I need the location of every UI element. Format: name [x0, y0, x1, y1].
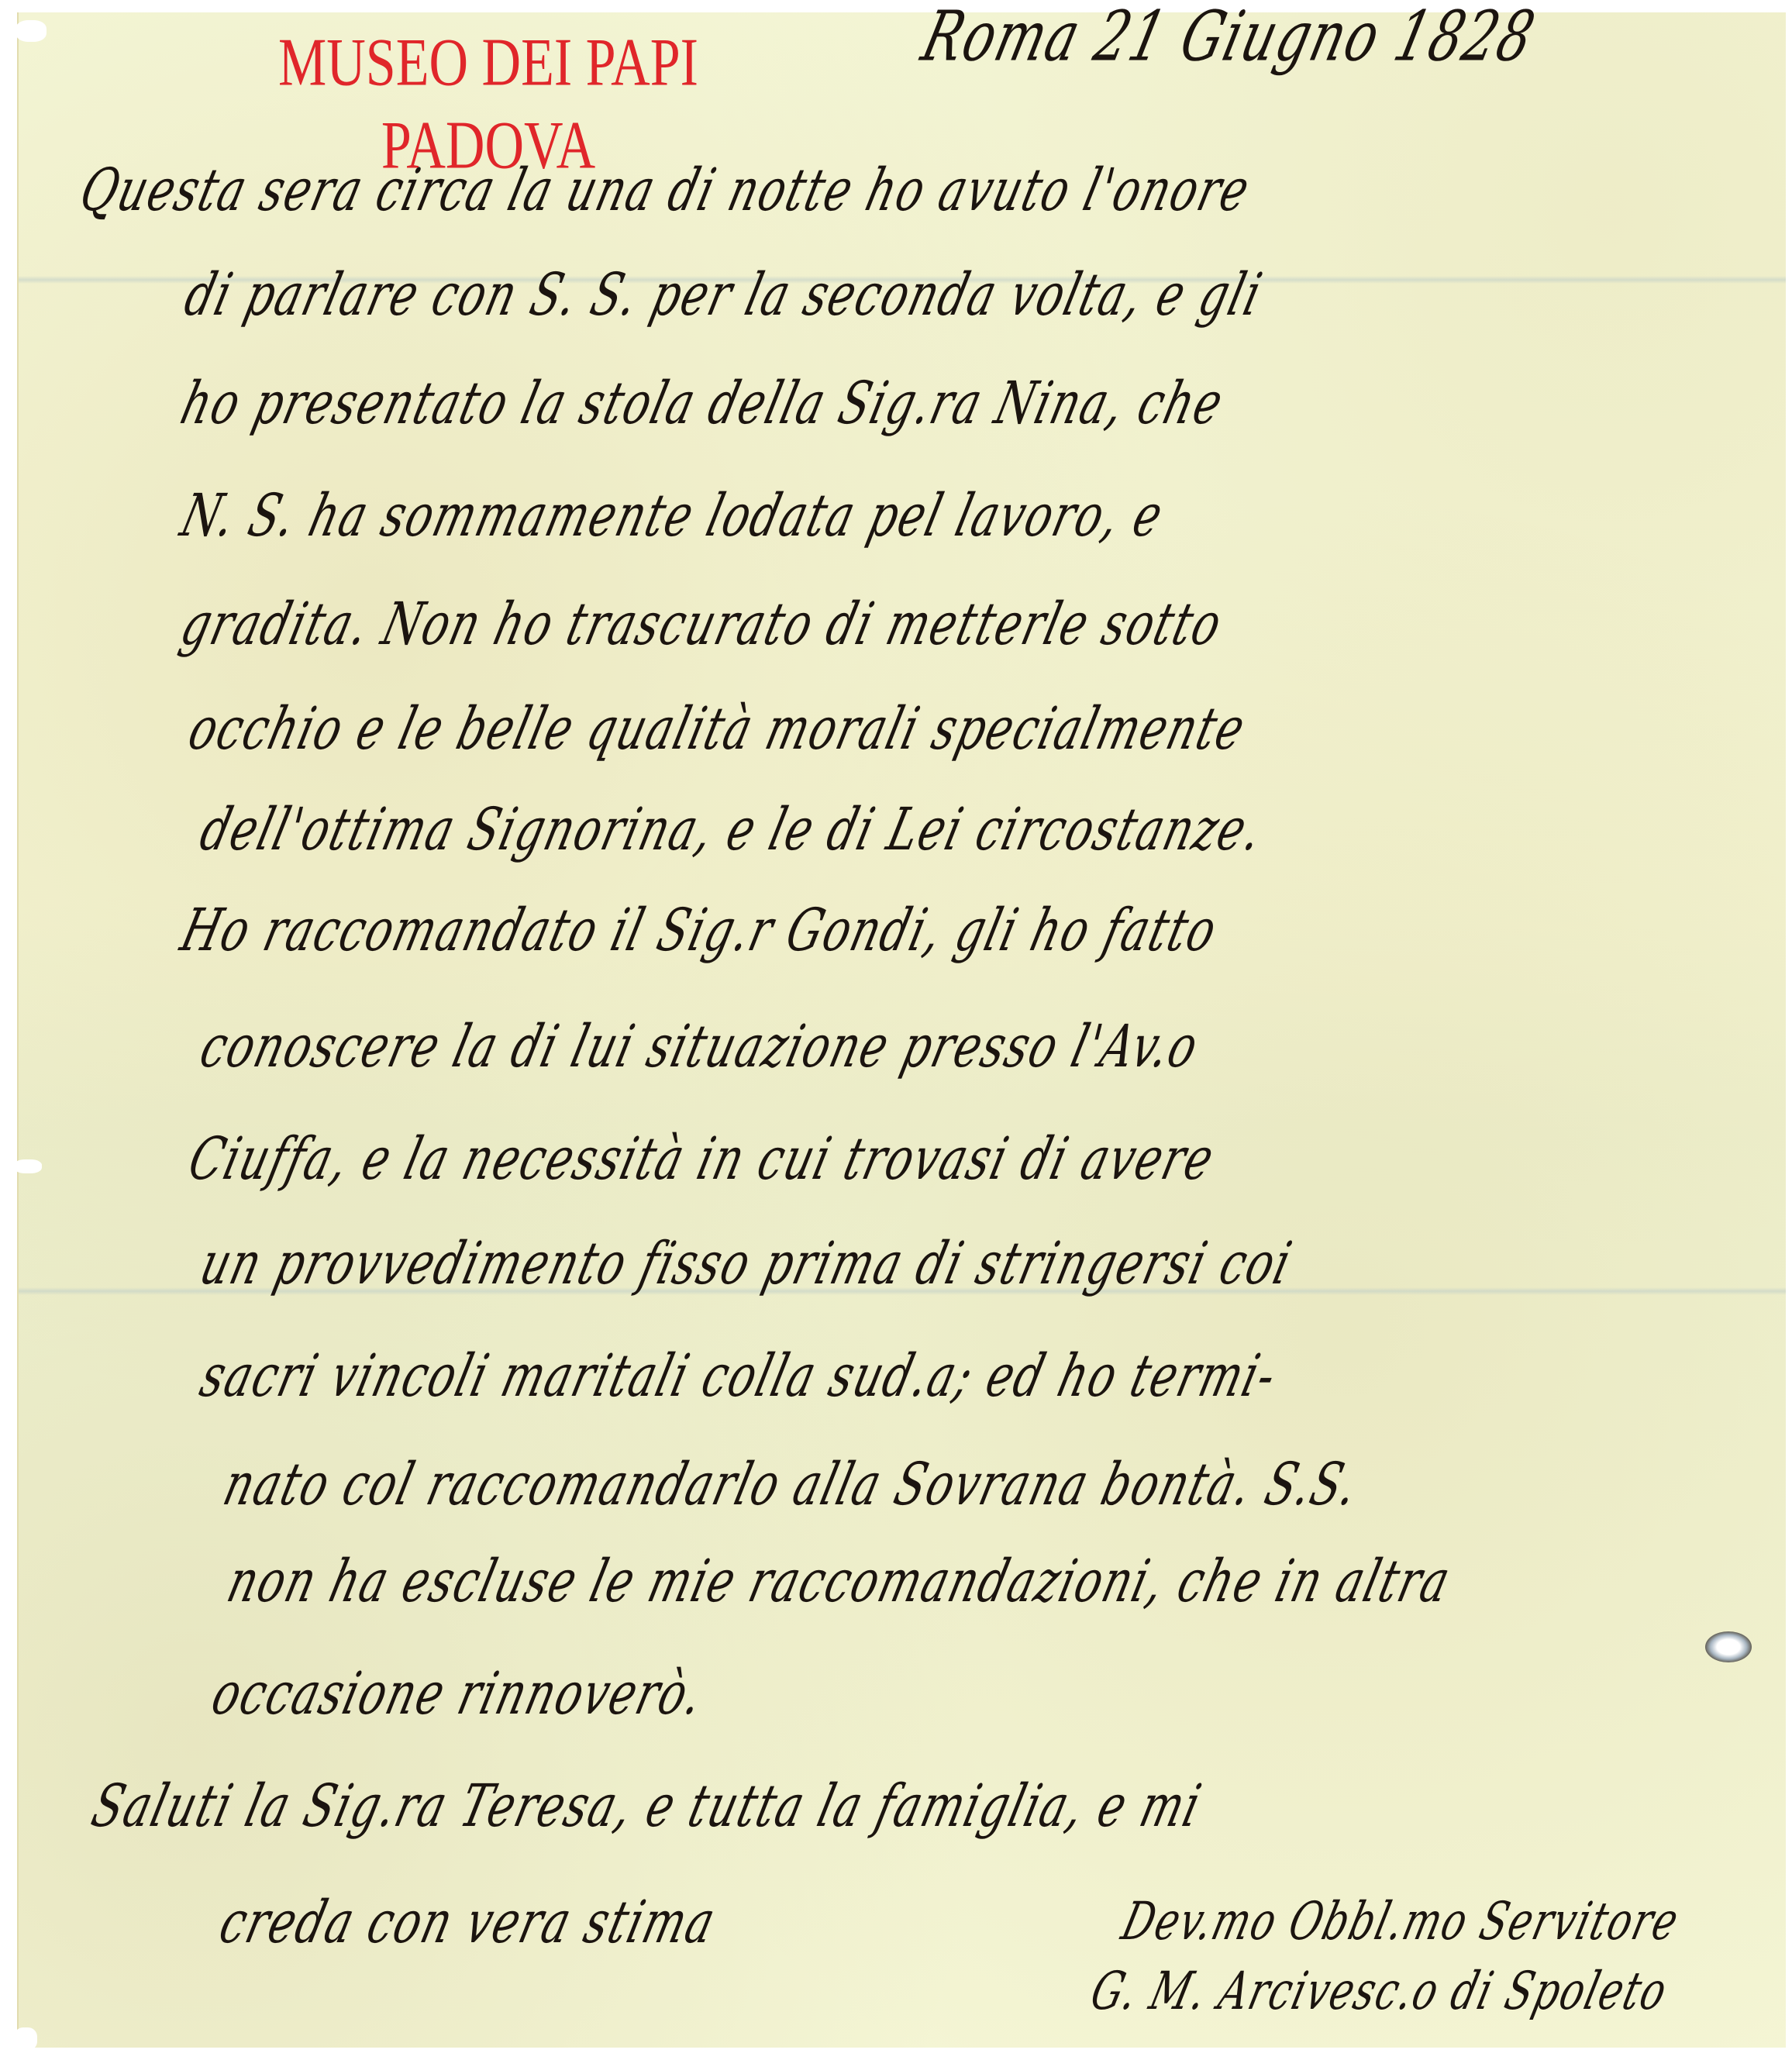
letter-line: nato col raccomandarlo alla Sovrana bont…: [217, 1451, 1366, 1519]
paper-tear: [14, 1159, 42, 1173]
letter-line: occasione rinnoverò.: [205, 1660, 711, 1728]
closing-line: Saluti la Sig.ra Teresa, e tutta la fami…: [85, 1772, 1208, 1841]
signature-complimentary-close: Dev.mo Obbl.mo Servitore: [1116, 1891, 1686, 1951]
paper-tear: [16, 20, 47, 42]
letter-line: conoscere la di lui situazione presso l'…: [194, 1013, 1206, 1081]
letter-line: Questa sera circa la una di notte ho avu…: [74, 157, 1257, 225]
museum-watermark-title: MUSEO DEI PAPI: [140, 29, 837, 98]
letter-line: un provvedimento fisso prima di stringer…: [194, 1230, 1299, 1298]
paper-tear: [14, 2027, 37, 2051]
ink-burn-hole: [1705, 1631, 1752, 1662]
letter-line: N. S. ha sommamente lodata pel lavoro, e: [174, 482, 1170, 550]
letter-line: Ho raccomandato il Sig.r Gondi, gli ho f…: [174, 897, 1225, 965]
letter-line: ho presentato la stola della Sig.ra Nina…: [174, 370, 1231, 438]
letter-line: Ciuffa, e la necessità in cui trovasi di…: [182, 1125, 1222, 1194]
letter-line: di parlare con S. S. per la seconda volt…: [178, 261, 1269, 329]
letter-dateline: Roma 21 Giugno 1828: [915, 0, 1543, 77]
letter-line: sacri vincoli maritali colla sud.a; ed h…: [194, 1342, 1284, 1411]
letter-line: non ha escluse le mie raccomandazioni, c…: [221, 1548, 1458, 1616]
signature-name: G. M. Arcivesc.o di Spoleto: [1085, 1961, 1674, 2021]
letter-line: dell'ottima Signorina, e le di Lei circo…: [194, 796, 1270, 864]
closing-line: creda con vera stima: [213, 1889, 723, 1957]
letter-line: gradita. Non ho trascurato di metterle s…: [174, 591, 1229, 659]
letter-line: occhio e le belle qualità morali special…: [182, 695, 1253, 763]
